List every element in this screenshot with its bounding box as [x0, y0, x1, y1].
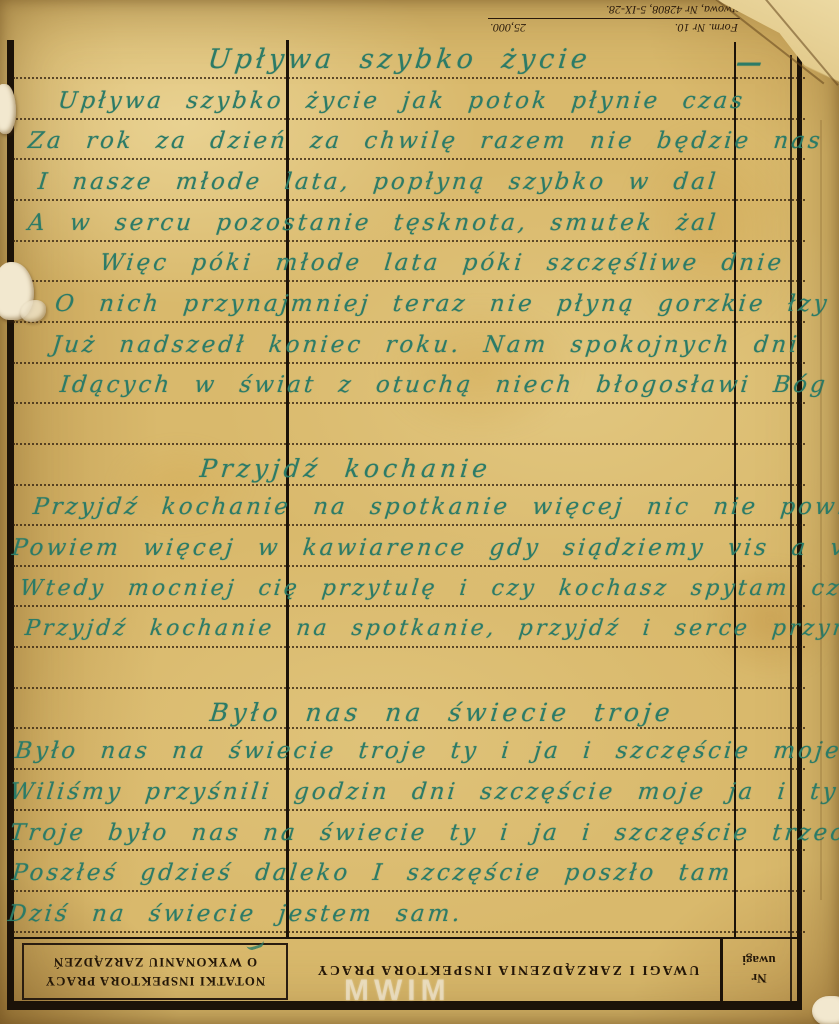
dotted-rule-line — [13, 687, 805, 689]
dotted-rule-line — [13, 565, 805, 567]
dotted-rule-line — [13, 890, 805, 892]
paper-tear — [812, 996, 839, 1024]
museum-watermark: MWIM — [344, 974, 451, 1008]
dotted-rule-line — [13, 809, 805, 811]
dotted-rule-line — [13, 605, 805, 607]
handwritten-line: Upływa szybko życie jak potok płynie cza… — [57, 90, 746, 113]
handwritten-line: I nasze młode lata, popłyną szybko w dal — [37, 171, 720, 194]
dotted-rule-line — [13, 321, 805, 323]
handwritten-line: Poszłeś gdzieś daleko I szczęście poszło… — [11, 862, 734, 885]
handwritten-line: Dziś na świecie jestem sam. — [7, 903, 464, 926]
paper-tear — [20, 300, 46, 322]
handwritten-line: Więc póki młode lata póki szczęśliwe dni… — [99, 252, 785, 275]
print-run-label: 25,000. — [490, 20, 526, 35]
dotted-rule-line — [13, 484, 805, 486]
footer-nr-label: Nr — [751, 969, 766, 987]
printer-imprint-label: stwowa, Nr 42808, 5-IX-28. — [488, 2, 740, 18]
footer-left-box: NOTATKI INSPEKTORA PRACY O WYKONANIU ZAR… — [22, 943, 288, 1000]
footer-top-line — [13, 937, 799, 939]
handwritten-line: Już nadszedł koniec roku. Nam spokojnych… — [51, 334, 801, 357]
handwritten-line: Przyjdź kochanie na spotkanie więcej nic… — [32, 496, 839, 519]
handwritten-line: Za rok za dzień za chwilę razem nie będz… — [27, 130, 824, 153]
handwritten-line: Troje było nas na świecie ty i ja i szcz… — [9, 822, 839, 845]
handwritten-line: A w sercu pozostanie tęsknota, smutek ża… — [27, 212, 720, 235]
poem-title: Upływa szybko życie — [207, 46, 593, 73]
dotted-rule-line — [13, 240, 805, 242]
scanned-notebook-page: Form. Nr 10. 25,000. stwowa, Nr 42808, 5… — [0, 0, 839, 1024]
dotted-rule-line — [13, 727, 805, 729]
handwritten-line: Idących w świat z otuchą niech błogosław… — [59, 374, 829, 397]
dotted-rule-line — [13, 199, 805, 201]
poem-section-title: Było nas na świecie troje — [209, 700, 675, 725]
poem-section-title: Przyjdź kochanie — [199, 456, 493, 481]
dotted-rule-line — [13, 118, 805, 120]
dotted-rule-line — [13, 158, 805, 160]
handwritten-line: Wtedy mocniej cię przytulę i czy kochasz… — [19, 578, 839, 600]
poem-title-dash: — — [735, 50, 767, 76]
dotted-rule-line — [13, 849, 805, 851]
dotted-rule-line — [13, 362, 805, 364]
dotted-rule-line — [13, 768, 805, 770]
printed-form-header: Form. Nr 10. 25,000. stwowa, Nr 42808, 5… — [488, 1, 740, 35]
dotted-rule-line — [13, 402, 805, 404]
dotted-rule-line — [13, 77, 805, 79]
handwritten-line: Przyjdź kochanie na spotkanie, przyjdź i… — [24, 618, 839, 640]
form-number-label: Form. Nr 10. — [675, 20, 738, 35]
handwritten-line: Było nas na świecie troje ty i ja i szcz… — [14, 740, 839, 763]
handwritten-line: Wiliśmy przyśnili godzin dni szczęście m… — [9, 781, 839, 804]
handwritten-line: O nich przynajmniej teraz nie płyną gorz… — [54, 293, 831, 316]
footer-nr-uwagi-cell: Nr uwagi — [728, 944, 790, 994]
footer-divider-right — [720, 937, 723, 1003]
dotted-rule-line — [13, 646, 805, 648]
table-right-border-inner — [790, 55, 792, 1005]
dotted-rule-line — [13, 280, 805, 282]
footer-uwagi-label: uwagi — [742, 951, 775, 969]
dotted-rule-line — [13, 931, 805, 933]
dotted-rule-line — [13, 524, 805, 526]
footer-left-label-line2: O WYKONANIU ZARZĄDZEŃ — [53, 953, 257, 972]
footer-left-label-line1: NOTATKI INSPEKTORA PRACY — [45, 972, 265, 991]
dotted-rule-line — [13, 443, 805, 445]
handwritten-line: Powiem więcej w kawiarence gdy siądziemy… — [11, 537, 839, 560]
